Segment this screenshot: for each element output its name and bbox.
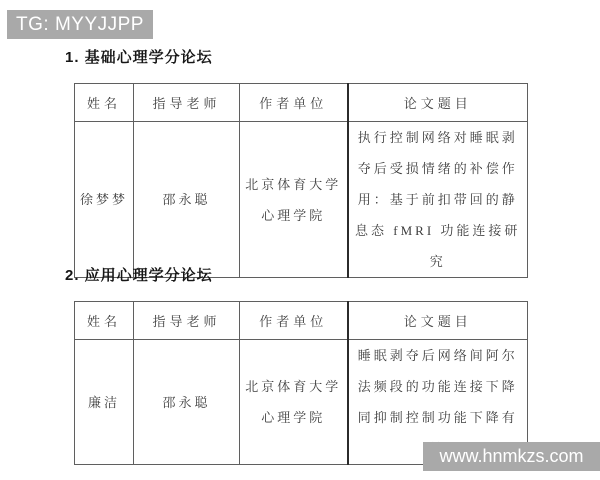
bottom-watermark: www.hnmkzs.com [423, 442, 600, 471]
document-page: { "page": { "top_watermark": "TG: MYYJJP… [0, 0, 600, 480]
header-cell-affiliation: 作者单位 [240, 302, 348, 340]
header-cell-name: 姓名 [75, 84, 134, 122]
header-cell-affiliation: 作者单位 [240, 84, 348, 122]
cell-affiliation: 北京体育大学 心理学院 [240, 340, 348, 465]
cell-paper-title: 执行控制网络对睡眠剥夺后受损情绪的补偿作用：基于前扣带回的静息态 fMRI 功能… [348, 122, 528, 278]
table-data-row: 徐梦梦 邵永聪 北京体育大学 心理学院 执行控制网络对睡眠剥夺后受损情绪的补偿作… [75, 122, 528, 278]
header-cell-advisor: 指导老师 [134, 84, 240, 122]
section-2-heading: 2. 应用心理学分论坛 [65, 264, 213, 285]
top-watermark-badge: TG: MYYJJPP [7, 10, 153, 39]
header-cell-name: 姓名 [75, 302, 134, 340]
header-cell-title: 论文题目 [348, 302, 528, 340]
cell-affiliation: 北京体育大学 心理学院 [240, 122, 348, 278]
table-header-row: 姓名 指导老师 作者单位 论文题目 [75, 84, 528, 122]
cell-author-name: 廉洁 [75, 340, 134, 465]
section-1-table: 姓名 指导老师 作者单位 论文题目 徐梦梦 邵永聪 北京体育大学 心理学院 执行… [74, 83, 528, 278]
cell-author-name: 徐梦梦 [75, 122, 134, 278]
header-cell-advisor: 指导老师 [134, 302, 240, 340]
section-2-table: 姓名 指导老师 作者单位 论文题目 廉洁 邵永聪 北京体育大学 心理学院 睡眠剥… [74, 301, 528, 465]
cell-advisor-name: 邵永聪 [134, 340, 240, 465]
cell-advisor-name: 邵永聪 [134, 122, 240, 278]
table-header-row: 姓名 指导老师 作者单位 论文题目 [75, 302, 528, 340]
header-cell-title: 论文题目 [348, 84, 528, 122]
section-1-heading: 1. 基础心理学分论坛 [65, 46, 213, 67]
